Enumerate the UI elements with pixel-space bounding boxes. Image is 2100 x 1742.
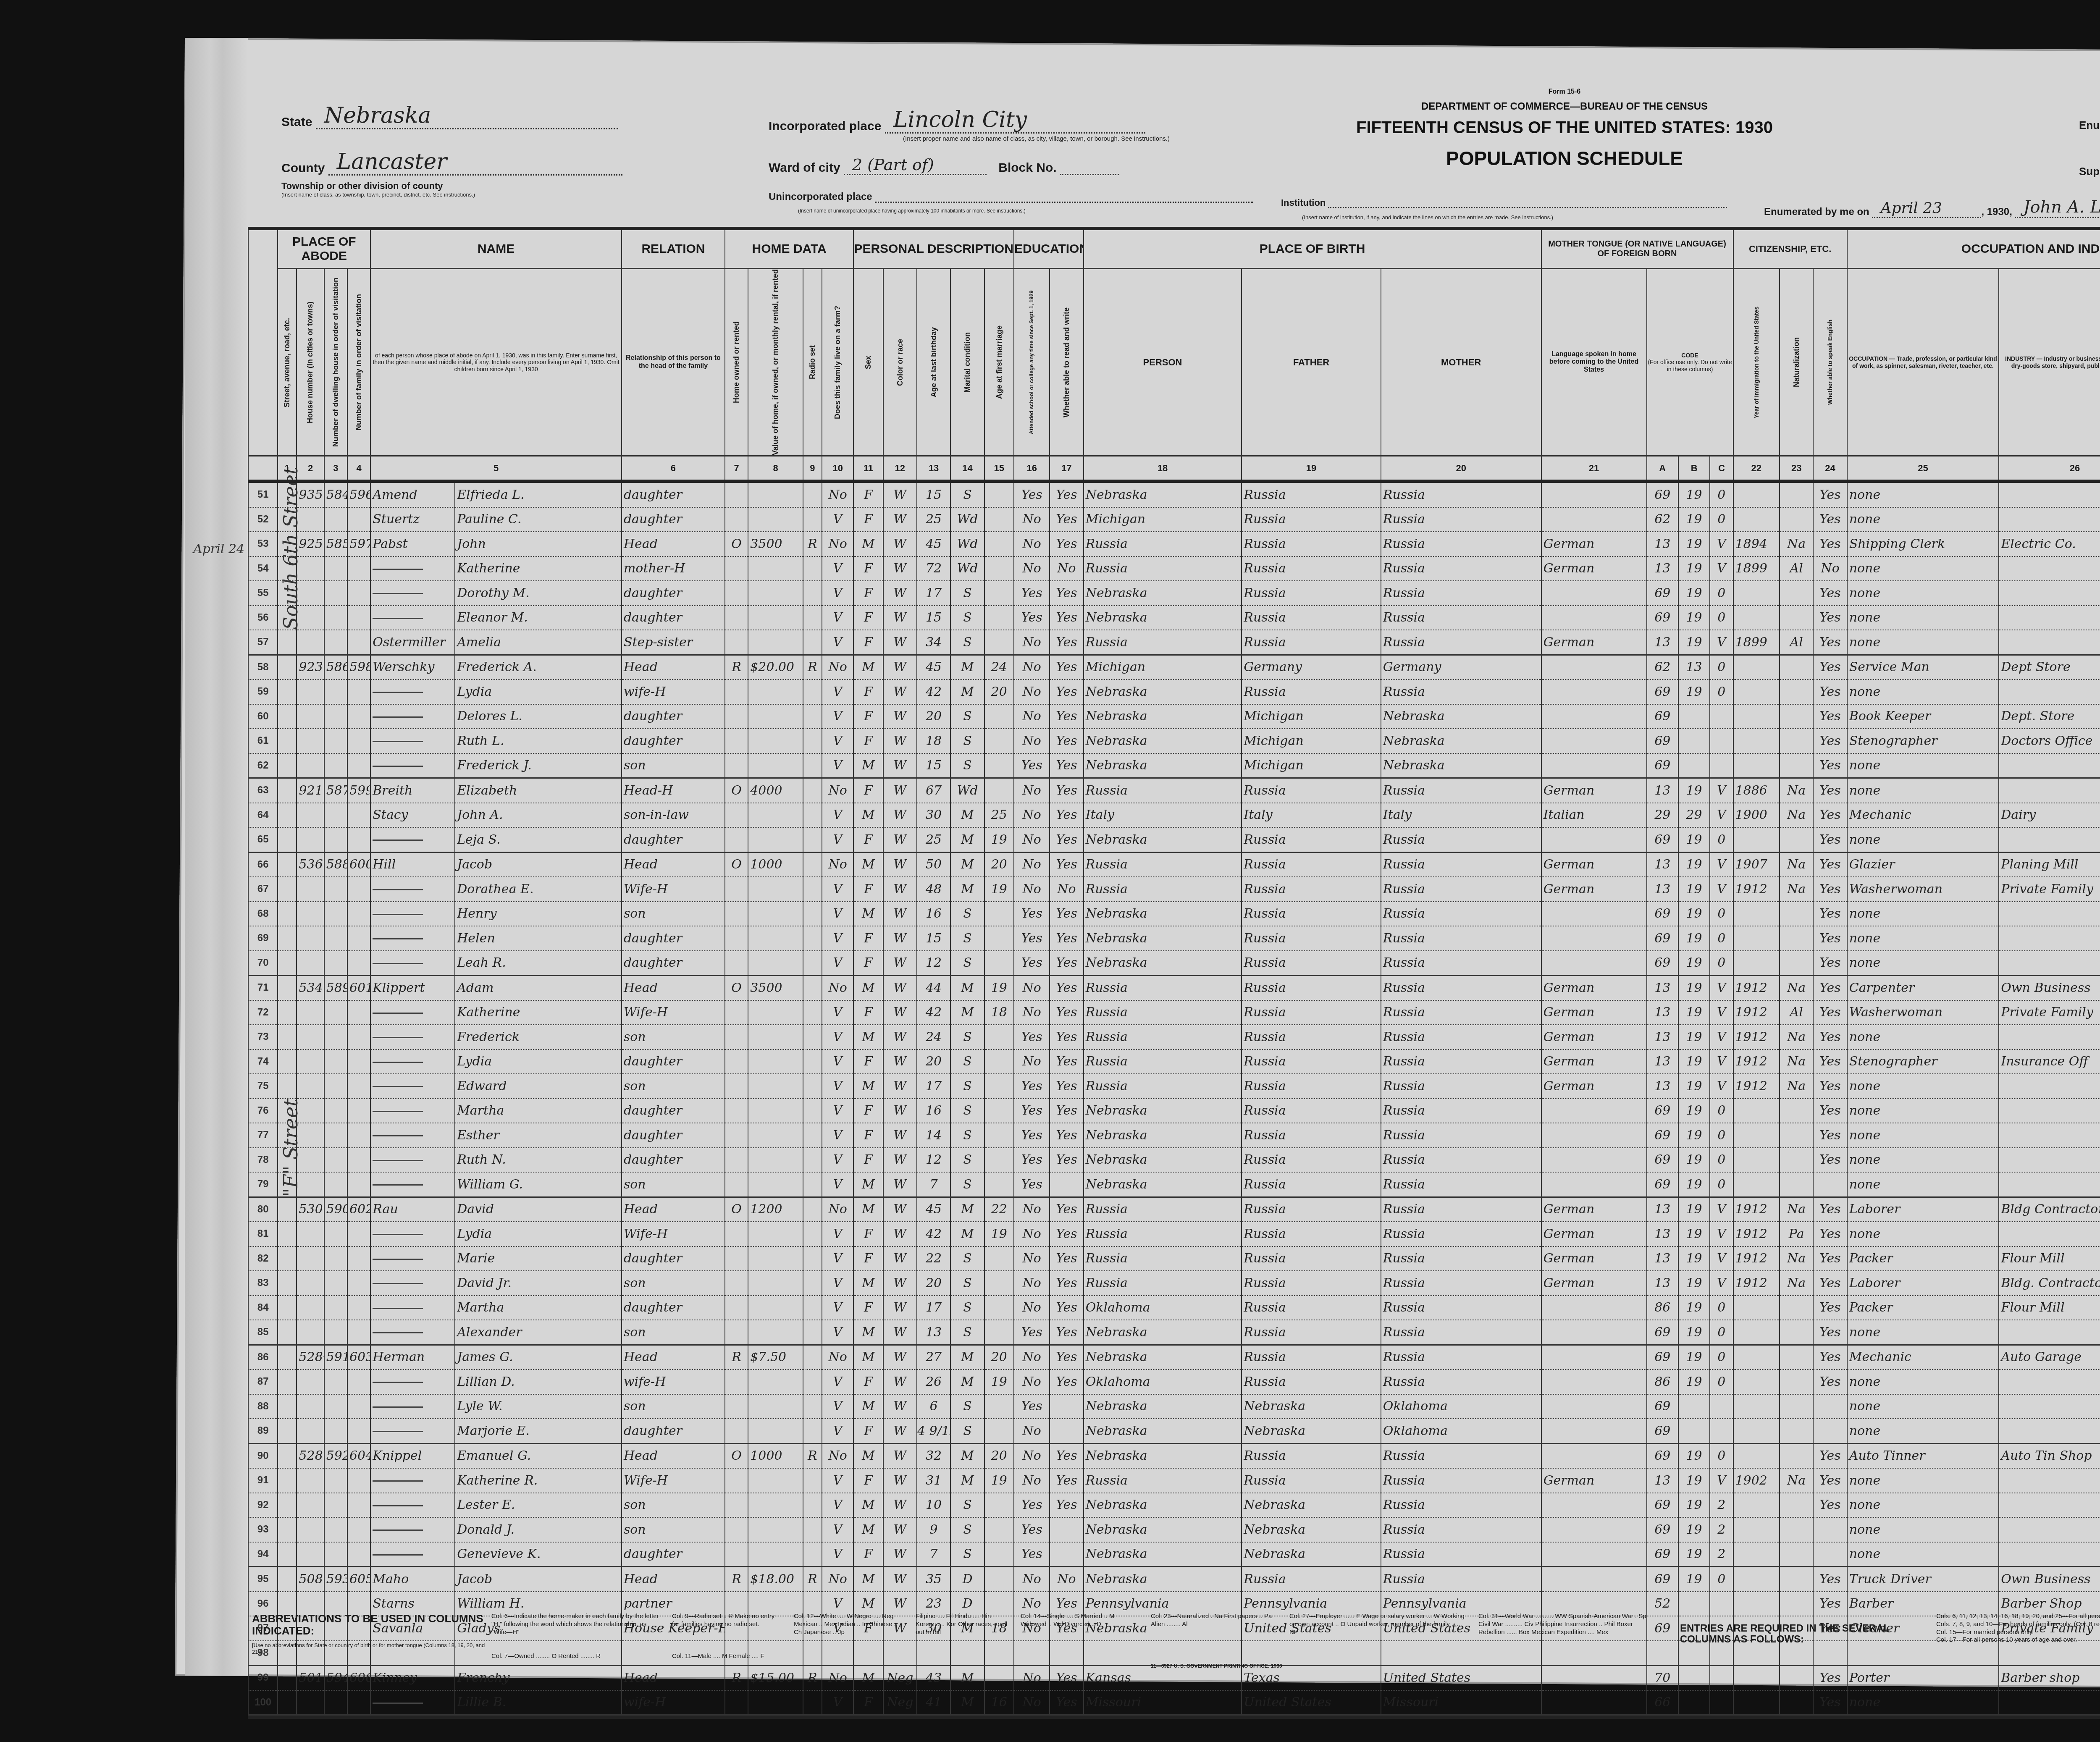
- street-cell: [278, 926, 297, 951]
- surname: [370, 1369, 455, 1394]
- colnum-line: [248, 456, 278, 482]
- age: 17: [917, 1074, 950, 1099]
- dwelling-number: 585: [324, 532, 347, 556]
- mother-birthplace: Russia: [1381, 902, 1541, 926]
- mother-birthplace: Russia: [1381, 1123, 1541, 1148]
- school: Yes: [1014, 1025, 1050, 1049]
- code-nativity: 0: [1710, 1369, 1733, 1394]
- birthplace: Nebraska: [1084, 704, 1242, 729]
- street-cell: [278, 679, 297, 704]
- marital-status: D: [950, 1567, 984, 1592]
- relation: daughter: [622, 729, 725, 753]
- line-number: 57: [248, 630, 278, 655]
- read-write: Yes: [1050, 1123, 1083, 1148]
- same-surname-dash: [373, 569, 423, 570]
- speaks-english: Yes: [1813, 704, 1847, 729]
- table-row: 85AlexandersonVMW13SYesYesNebraskaRussia…: [248, 1320, 2100, 1345]
- code-country: [1678, 1419, 1710, 1443]
- home-owned: O: [725, 532, 748, 556]
- radio: [803, 729, 822, 753]
- relation: Wife-H: [622, 1000, 725, 1025]
- race: W: [883, 1246, 917, 1271]
- age: 32: [917, 1443, 950, 1468]
- relation: son: [622, 1172, 725, 1197]
- column-number: 9: [803, 456, 822, 482]
- birthplace: Russia: [1084, 1197, 1242, 1222]
- farm: V: [822, 581, 853, 606]
- industry: Auto Garage: [1999, 1345, 2100, 1369]
- line-number: 78: [248, 1148, 278, 1173]
- house-number-header: House number (in cities or towns): [297, 269, 324, 456]
- naturalization-header: Naturalization: [1780, 269, 1813, 456]
- table-row: 89Marjorie E.daughterVFW4 9/12SNoNebrask…: [248, 1419, 2100, 1443]
- enumerated-date: April 23: [1872, 199, 1942, 217]
- abbr-col12b: Filipino .... Fil Hindu .... Hin Korean …: [916, 1613, 1008, 1636]
- mother-birthplace: Nebraska: [1381, 753, 1541, 778]
- sex: F: [853, 1296, 883, 1320]
- same-surname-dash: [373, 1062, 423, 1063]
- code-country: [1678, 704, 1710, 729]
- family-number: [347, 507, 370, 532]
- farm: V: [822, 1517, 853, 1542]
- naturalization: [1780, 951, 1813, 976]
- industry: [1999, 1320, 2100, 1345]
- given-name: Martha: [455, 1296, 622, 1320]
- naturalization: Na: [1780, 1025, 1813, 1049]
- street-cell: [278, 1197, 297, 1222]
- mother-tongue: [1541, 507, 1647, 532]
- home-owned: [725, 1542, 748, 1567]
- surname: [370, 704, 455, 729]
- sex: M: [853, 655, 883, 679]
- home-owned: [725, 507, 748, 532]
- code-country: 19: [1678, 976, 1710, 1000]
- code-state: 13: [1647, 852, 1678, 877]
- given-name-text: Henry: [457, 906, 497, 921]
- house-number: [297, 507, 324, 532]
- father-birthplace: Russia: [1242, 976, 1381, 1000]
- abbr-col31: Col. 31—World War .......... WW Spanish-…: [1478, 1613, 1659, 1636]
- mother-tongue: German: [1541, 1271, 1647, 1296]
- age-first-marriage: 25: [984, 803, 1014, 828]
- abbr-title: ABBREVIATIONS TO BE USED IN COLUMNS INDI…: [252, 1613, 487, 1637]
- immigration-year: [1733, 1443, 1780, 1468]
- same-surname-dash: [373, 1013, 423, 1014]
- race: W: [883, 1394, 917, 1419]
- mother-birthplace: Russia: [1381, 606, 1541, 630]
- industry: Doctors Office: [1999, 729, 2100, 753]
- home-value: [748, 1246, 803, 1271]
- home-value: [748, 1542, 803, 1567]
- age: 22: [917, 1246, 950, 1271]
- radio: R: [803, 1443, 822, 1468]
- birthplace: Russia: [1084, 976, 1242, 1000]
- given-name-text: John A.: [457, 808, 503, 822]
- father-birthplace: Russia: [1242, 556, 1381, 581]
- home-value: [748, 1222, 803, 1246]
- same-surname-dash: [373, 1135, 423, 1136]
- same-surname-dash: [373, 593, 423, 594]
- given-name: Katherine: [455, 1000, 622, 1025]
- marital-status: Wd: [950, 778, 984, 803]
- age-first-marriage: [984, 556, 1014, 581]
- radio: R: [803, 655, 822, 679]
- radio: [803, 1246, 822, 1271]
- father-birthplace: Russia: [1242, 1369, 1381, 1394]
- read-write: Yes: [1050, 729, 1083, 753]
- birthplace: Nebraska: [1084, 606, 1242, 630]
- immigration-year: [1733, 753, 1780, 778]
- line-number: 87: [248, 1369, 278, 1394]
- read-write: [1050, 1542, 1083, 1567]
- birthplace: Nebraska: [1084, 1394, 1242, 1419]
- dwelling-header: Number of dwelling house in order of vis…: [324, 269, 347, 456]
- immigration-header: Year of immigration to the United States: [1733, 269, 1780, 456]
- speaks-english: Yes: [1813, 1690, 1847, 1715]
- code-state: 69: [1647, 729, 1678, 753]
- house-number: [297, 679, 324, 704]
- same-surname-dash: [373, 1086, 423, 1087]
- house-number: [297, 1493, 324, 1518]
- surname: [370, 1517, 455, 1542]
- home-owned: [725, 1074, 748, 1099]
- surname: Rau: [370, 1197, 455, 1222]
- age-first-marriage: [984, 753, 1014, 778]
- table-row: 73FredericksonVMW24SYesYesRussiaRussiaRu…: [248, 1025, 2100, 1049]
- school: No: [1014, 1049, 1050, 1074]
- school: No: [1014, 1000, 1050, 1025]
- surname: Knippel: [370, 1443, 455, 1468]
- column-number: 8: [748, 456, 803, 482]
- given-name-text: Esther: [457, 1128, 499, 1143]
- family-number: 599: [347, 778, 370, 803]
- birthplace: Michigan: [1084, 655, 1242, 679]
- column-number: B: [1678, 456, 1710, 482]
- radio: [803, 1222, 822, 1246]
- given-name: Jacob: [455, 852, 622, 877]
- home-owned: O: [725, 976, 748, 1000]
- mother-birthplace: Russia: [1381, 1369, 1541, 1394]
- given-name-text: David: [457, 1202, 494, 1217]
- home-value: 3500: [748, 532, 803, 556]
- speaks-english: Yes: [1813, 1049, 1847, 1074]
- speaks-english: [1813, 1517, 1847, 1542]
- code-state: 69: [1647, 951, 1678, 976]
- school: No: [1014, 532, 1050, 556]
- naturalization: Na: [1780, 532, 1813, 556]
- marital-status: S: [950, 1419, 984, 1443]
- race: W: [883, 1493, 917, 1518]
- age-first-marriage: [984, 1123, 1014, 1148]
- speaks-english: Yes: [1813, 1246, 1847, 1271]
- table-row: 90528592604KnippelEmanuel G.HeadO1000RNo…: [248, 1443, 2100, 1468]
- personal-group-header: PERSONAL DESCRIPTION: [853, 230, 1014, 269]
- father-birthplace: Nebraska: [1242, 1394, 1381, 1419]
- mother-tongue: [1541, 1493, 1647, 1518]
- speaks-english: Yes: [1813, 1148, 1847, 1173]
- school: Yes: [1014, 1148, 1050, 1173]
- home-data-group-header: HOME DATA: [725, 230, 853, 269]
- dwelling-number: [324, 753, 347, 778]
- mother-birthplace: Russia: [1381, 1246, 1541, 1271]
- given-name: Adam: [455, 976, 622, 1000]
- radio: [803, 753, 822, 778]
- occupation: none: [1847, 1690, 1999, 1715]
- read-write: Yes: [1050, 1025, 1083, 1049]
- family-number: [347, 1222, 370, 1246]
- marital-status: S: [950, 902, 984, 926]
- mother-tongue: [1541, 1172, 1647, 1197]
- abbr-col27: Col. 27—Employer ...... E Wage or salary…: [1289, 1613, 1466, 1636]
- industry: Own Business: [1999, 976, 2100, 1000]
- marital-status: S: [950, 1517, 984, 1542]
- house-number: [297, 729, 324, 753]
- given-name: Delores L.: [455, 704, 622, 729]
- left-margin: [185, 38, 248, 1676]
- farm: V: [822, 1123, 853, 1148]
- age-first-marriage: [984, 581, 1014, 606]
- home-owned: O: [725, 778, 748, 803]
- radio: [803, 556, 822, 581]
- entries-block-1: Cols. 6, 11, 12, 13, 14, 16, 18, 19, 20,…: [1936, 1613, 2100, 1644]
- mother-birth-header: MOTHER: [1381, 269, 1541, 456]
- table-row: 79William G.sonVMW7SYesNebraskaRussiaRus…: [248, 1172, 2100, 1197]
- mother-tongue: [1541, 1567, 1647, 1592]
- mother-tongue: [1541, 1443, 1647, 1468]
- code-country: 19: [1678, 1123, 1710, 1148]
- naturalization: Na: [1780, 852, 1813, 877]
- street-cell: [278, 1148, 297, 1173]
- occupation: none: [1847, 556, 1999, 581]
- home-value: [748, 556, 803, 581]
- code-nativity: 0: [1710, 1567, 1733, 1592]
- school: No: [1014, 1690, 1050, 1715]
- given-name-text: Frederick: [457, 1030, 520, 1044]
- abbr-col11: Col. 11—Male .... M Female .... F: [672, 1653, 781, 1661]
- age-first-marriage: [984, 1246, 1014, 1271]
- read-write: Yes: [1050, 1271, 1083, 1296]
- language-header: Language spoken in home before coming to…: [1541, 269, 1647, 456]
- same-surname-dash: [373, 1111, 423, 1112]
- street-cell: [278, 1468, 297, 1493]
- naturalization: [1780, 1517, 1813, 1542]
- house-number: [297, 1000, 324, 1025]
- given-name-text: Helen: [457, 931, 495, 946]
- speaks-english: Yes: [1813, 778, 1847, 803]
- mother-tongue: German: [1541, 778, 1647, 803]
- house-number: [297, 951, 324, 976]
- given-name-text: Lydia: [457, 1227, 492, 1241]
- immigration-year: [1733, 1419, 1780, 1443]
- birthplace: Nebraska: [1084, 1172, 1242, 1197]
- birthplace: Oklahoma: [1084, 1296, 1242, 1320]
- farm: V: [822, 1099, 853, 1123]
- birth-group-header: PLACE OF BIRTH: [1084, 230, 1541, 269]
- table-row: 66536588600HillJacobHeadO1000NoMW50M20No…: [248, 852, 2100, 877]
- table-row: 87Lillian D.wife-HVFW26M19NoYesOklahomaR…: [248, 1369, 2100, 1394]
- farm: V: [822, 926, 853, 951]
- given-name-text: Frederick J.: [457, 758, 532, 773]
- birthplace: Russia: [1084, 1049, 1242, 1074]
- family-number: [347, 1320, 370, 1345]
- relation: wife-H: [622, 1369, 725, 1394]
- age-first-marriage: [984, 1394, 1014, 1419]
- marital-status: S: [950, 926, 984, 951]
- code-state: 69: [1647, 1394, 1678, 1419]
- occupation: Laborer: [1847, 1271, 1999, 1296]
- sex: M: [853, 1493, 883, 1518]
- home-value: 1200: [748, 1197, 803, 1222]
- mother-birthplace: Russia: [1381, 1271, 1541, 1296]
- column-number: C: [1710, 456, 1733, 482]
- father-birthplace: Russia: [1242, 606, 1381, 630]
- age: 35: [917, 1567, 950, 1592]
- dwelling-number: [324, 1271, 347, 1296]
- mother-tongue: German: [1541, 532, 1647, 556]
- age: 20: [917, 1049, 950, 1074]
- marital-status: S: [950, 951, 984, 976]
- mother-birthplace: Nebraska: [1381, 704, 1541, 729]
- surname: [370, 1148, 455, 1173]
- family-number: [347, 704, 370, 729]
- family-number: [347, 926, 370, 951]
- dwelling-number: [324, 1468, 347, 1493]
- code-nativity: 0: [1710, 1172, 1733, 1197]
- occupation: none: [1847, 753, 1999, 778]
- school: No: [1014, 729, 1050, 753]
- line-number: 90: [248, 1443, 278, 1468]
- column-number: 2: [297, 456, 324, 482]
- relation: daughter: [622, 1148, 725, 1173]
- entries-1: Cols. 6, 11, 12, 13, 14, 16, 18, 19, 20,…: [1936, 1613, 2100, 1621]
- marital-status: S: [950, 1320, 984, 1345]
- code-nativity: [1710, 704, 1733, 729]
- birthplace: Russia: [1084, 852, 1242, 877]
- table-row: 59Lydiawife-HVFW42M20NoYesNebraskaRussia…: [248, 679, 2100, 704]
- industry: [1999, 827, 2100, 852]
- table-row: 61Ruth L.daughterVFW18SNoYesNebraskaMich…: [248, 729, 2100, 753]
- dwelling-number: [324, 1517, 347, 1542]
- sex: M: [853, 1320, 883, 1345]
- surname: [370, 556, 455, 581]
- dwelling-number: [324, 827, 347, 852]
- relation: daughter: [622, 1542, 725, 1567]
- relation: Head: [622, 1567, 725, 1592]
- line-number: 52: [248, 507, 278, 532]
- house-number: [297, 1369, 324, 1394]
- line-number: 60: [248, 704, 278, 729]
- street-cell: [278, 778, 297, 803]
- code-nativity: V: [1710, 1468, 1733, 1493]
- read-write: Yes: [1050, 926, 1083, 951]
- birthplace: Russia: [1084, 1222, 1242, 1246]
- county-value: Lancaster: [328, 149, 447, 174]
- race: W: [883, 556, 917, 581]
- home-value: $20.00: [748, 655, 803, 679]
- occupation: Stenographer: [1847, 729, 1999, 753]
- street-cell: [278, 976, 297, 1000]
- incorporated-note: (Insert proper name and also name of cla…: [903, 135, 1170, 142]
- speaks-english: Yes: [1813, 976, 1847, 1000]
- mother-tongue: German: [1541, 630, 1647, 655]
- table-row: 80530590602RauDavidHeadO1200NoMW45M22NoY…: [248, 1197, 2100, 1222]
- code-country: [1678, 1690, 1710, 1715]
- given-name: Marjorie E.: [455, 1419, 622, 1443]
- father-birthplace: Michigan: [1242, 704, 1381, 729]
- industry: [1999, 778, 2100, 803]
- industry: [1999, 1172, 2100, 1197]
- marital-status: M: [950, 1222, 984, 1246]
- sex: F: [853, 926, 883, 951]
- given-name-text: Eleanor M.: [457, 610, 528, 625]
- age-first-marriage: 22: [984, 1197, 1014, 1222]
- birthplace: Nebraska: [1084, 1345, 1242, 1369]
- farm: V: [822, 1542, 853, 1567]
- age: 7: [917, 1172, 950, 1197]
- read-write: Yes: [1050, 704, 1083, 729]
- surname: [370, 1074, 455, 1099]
- speaks-english: Yes: [1813, 951, 1847, 976]
- code-nativity: 0: [1710, 606, 1733, 630]
- code-nativity: V: [1710, 803, 1733, 828]
- house-number: 923: [297, 655, 324, 679]
- birthplace: Nebraska: [1084, 926, 1242, 951]
- mother-birthplace: Russia: [1381, 630, 1541, 655]
- mother-birthplace: Russia: [1381, 1468, 1541, 1493]
- table-row: 53925585597PabstJohnHeadO3500RNoMW45WdNo…: [248, 532, 2100, 556]
- occupation: none: [1847, 778, 1999, 803]
- line-number: 91: [248, 1468, 278, 1493]
- birthplace: Russia: [1084, 1074, 1242, 1099]
- mother-tongue: [1541, 1394, 1647, 1419]
- immigration-year: [1733, 926, 1780, 951]
- house-number: [297, 1099, 324, 1123]
- line-number: 61: [248, 729, 278, 753]
- race-header: Color or race: [883, 269, 917, 456]
- father-birthplace: Germany: [1242, 655, 1381, 679]
- dwelling-number: 588: [324, 852, 347, 877]
- dwelling-number: [324, 1369, 347, 1394]
- code-state: 69: [1647, 704, 1678, 729]
- house-number: [297, 1542, 324, 1567]
- code-nativity: V: [1710, 852, 1733, 877]
- relation: Head: [622, 1345, 725, 1369]
- marital-status: S: [950, 1123, 984, 1148]
- enumerated-year: , 1930,: [1981, 206, 2012, 218]
- race: W: [883, 827, 917, 852]
- table-row: 74LydiadaughterVFW20SNoYesRussiaRussiaRu…: [248, 1049, 2100, 1074]
- naturalization: [1780, 606, 1813, 630]
- code-nativity: V: [1710, 630, 1733, 655]
- line-number: 66: [248, 852, 278, 877]
- industry: [1999, 1690, 2100, 1715]
- birthplace: Nebraska: [1084, 679, 1242, 704]
- dwelling-number: [324, 1419, 347, 1443]
- speaks-english: Yes: [1813, 507, 1847, 532]
- farm: V: [822, 1148, 853, 1173]
- speaks-english: No: [1813, 556, 1847, 581]
- line-col-header: [248, 230, 278, 456]
- code-country: 19: [1678, 852, 1710, 877]
- given-name-text: James G.: [457, 1350, 513, 1364]
- farm-header: Does this family live on a farm?: [822, 269, 853, 456]
- immigration-year: 1899: [1733, 630, 1780, 655]
- code-country: 19: [1678, 877, 1710, 902]
- school: Yes: [1014, 1493, 1050, 1518]
- street-cell: [278, 481, 297, 507]
- block-label: Block No.: [998, 161, 1056, 175]
- read-write: Yes: [1050, 976, 1083, 1000]
